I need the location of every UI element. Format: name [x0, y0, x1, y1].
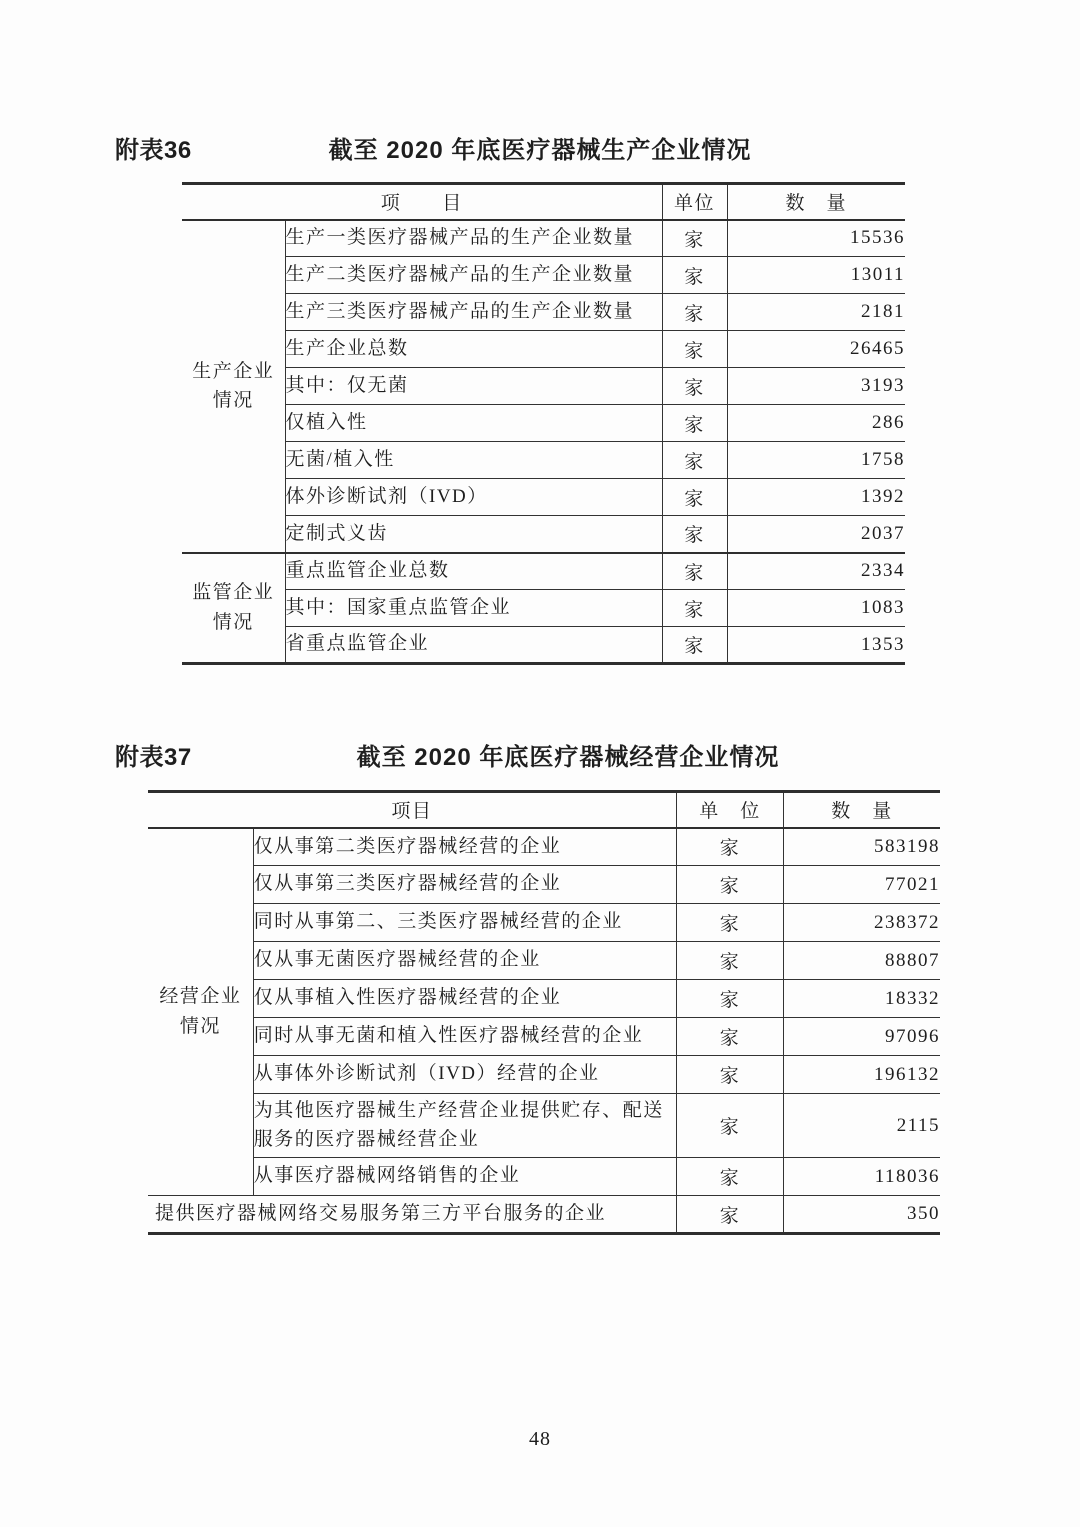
table-row: 其中：国家重点监管企业 家 1083 [182, 590, 905, 627]
table-36: 项 目 单位 数 量 生产企业 情况 生产一类医疗器械产品的生产企业数量 家 1… [182, 182, 905, 665]
qty-cell: 1392 [727, 479, 905, 516]
item-cell: 定制式义齿 [285, 516, 662, 553]
unit-cell: 家 [662, 553, 727, 590]
item-cell: 同时从事第二、三类医疗器械经营的企业 [253, 904, 676, 942]
qty-cell: 2181 [727, 294, 905, 331]
qty-cell: 97096 [784, 1018, 940, 1056]
item-cell: 生产二类医疗器械产品的生产企业数量 [285, 257, 662, 294]
qty-cell: 350 [784, 1196, 940, 1234]
unit-cell: 家 [676, 828, 783, 866]
unit-cell: 家 [662, 590, 727, 627]
column-header-item: 项 目 [182, 184, 662, 220]
table-row: 定制式义齿 家 2037 [182, 516, 905, 553]
unit-cell: 家 [676, 980, 783, 1018]
table37-title: 截至 2020 年底医疗器械经营企业情况 [28, 737, 1080, 772]
item-cell: 仅从事第三类医疗器械经营的企业 [253, 866, 676, 904]
table-row: 仅从事第三类医疗器械经营的企业 家 77021 [148, 866, 940, 904]
column-header-qty: 数 量 [727, 184, 905, 220]
unit-cell: 家 [676, 1018, 783, 1056]
unit-cell: 家 [662, 257, 727, 294]
table-row: 从事体外诊断试剂（IVD）经营的企业 家 196132 [148, 1056, 940, 1094]
item-cell: 生产三类医疗器械产品的生产企业数量 [285, 294, 662, 331]
qty-cell: 13011 [727, 257, 905, 294]
table-row: 生产企业总数 家 26465 [182, 331, 905, 368]
table-row: 仅从事植入性医疗器械经营的企业 家 18332 [148, 980, 940, 1018]
item-cell: 仅从事第二类医疗器械经营的企业 [253, 828, 676, 866]
table-row: 省重点监管企业 家 1353 [182, 627, 905, 664]
table-row: 生产三类医疗器械产品的生产企业数量 家 2181 [182, 294, 905, 331]
unit-cell: 家 [662, 516, 727, 553]
unit-cell: 家 [662, 331, 727, 368]
qty-cell: 2037 [727, 516, 905, 553]
table-37: 项目 单 位 数 量 经营企业 情况 仅从事第二类医疗器械经营的企业 家 583… [148, 790, 940, 1235]
item-cell: 生产企业总数 [285, 331, 662, 368]
qty-cell: 286 [727, 405, 905, 442]
unit-cell: 家 [662, 442, 727, 479]
table-row: 生产二类医疗器械产品的生产企业数量 家 13011 [182, 257, 905, 294]
unit-cell: 家 [662, 220, 727, 257]
unit-cell: 家 [662, 368, 727, 405]
unit-cell: 家 [676, 904, 783, 942]
table-row: 体外诊断试剂（IVD） 家 1392 [182, 479, 905, 516]
item-cell: 从事体外诊断试剂（IVD）经营的企业 [253, 1056, 676, 1094]
item-cell: 仅从事植入性医疗器械经营的企业 [253, 980, 676, 1018]
item-cell: 为其他医疗器械生产经营企业提供贮存、配送服务的医疗器械经营企业 [253, 1094, 676, 1158]
item-cell: 其中：国家重点监管企业 [285, 590, 662, 627]
table36-title-row: 附表36 截至 2020 年底医疗器械生产企业情况 [0, 130, 1080, 162]
item-cell: 仅从事无菌医疗器械经营的企业 [253, 942, 676, 980]
qty-cell: 88807 [784, 942, 940, 980]
table37-header-row: 项目 单 位 数 量 [148, 792, 940, 828]
unit-cell: 家 [676, 1196, 783, 1234]
table-row: 监管企业 情况 重点监管企业总数 家 2334 [182, 553, 905, 590]
unit-cell: 家 [676, 1158, 783, 1196]
table-row: 为其他医疗器械生产经营企业提供贮存、配送服务的医疗器械经营企业 家 2115 [148, 1094, 940, 1158]
unit-cell: 家 [662, 479, 727, 516]
unit-cell: 家 [662, 294, 727, 331]
qty-cell: 26465 [727, 331, 905, 368]
item-cell: 仅植入性 [285, 405, 662, 442]
unit-cell: 家 [676, 942, 783, 980]
qty-cell: 196132 [784, 1056, 940, 1094]
table-row: 其中：仅无菌 家 3193 [182, 368, 905, 405]
item-cell: 体外诊断试剂（IVD） [285, 479, 662, 516]
table-row: 从事医疗器械网络销售的企业 家 118036 [148, 1158, 940, 1196]
qty-cell: 1758 [727, 442, 905, 479]
table-row: 无菌/植入性 家 1758 [182, 442, 905, 479]
group-label-production: 生产企业 情况 [182, 220, 285, 553]
column-header-unit: 单 位 [676, 792, 783, 828]
table37-title-row: 附表37 截至 2020 年底医疗器械经营企业情况 [0, 737, 1080, 769]
qty-cell: 18332 [784, 980, 940, 1018]
qty-cell: 1083 [727, 590, 905, 627]
column-header-unit: 单位 [662, 184, 727, 220]
qty-cell: 15536 [727, 220, 905, 257]
table36-header-row: 项 目 单位 数 量 [182, 184, 905, 220]
qty-cell: 3193 [727, 368, 905, 405]
qty-cell: 2115 [784, 1094, 940, 1158]
group-label-operating: 经营企业 情况 [148, 828, 253, 1196]
qty-cell: 118036 [784, 1158, 940, 1196]
table36-title: 截至 2020 年底医疗器械生产企业情况 [0, 130, 1080, 165]
unit-cell: 家 [662, 405, 727, 442]
table-row: 同时从事无菌和植入性医疗器械经营的企业 家 97096 [148, 1018, 940, 1056]
group-label-supervision: 监管企业 情况 [182, 553, 285, 664]
table-row: 仅从事无菌医疗器械经营的企业 家 88807 [148, 942, 940, 980]
item-cell: 重点监管企业总数 [285, 553, 662, 590]
table-row: 生产企业 情况 生产一类医疗器械产品的生产企业数量 家 15536 [182, 220, 905, 257]
qty-cell: 1353 [727, 627, 905, 664]
table-row: 提供医疗器械网络交易服务第三方平台服务的企业 家 350 [148, 1196, 940, 1234]
table-row: 同时从事第二、三类医疗器械经营的企业 家 238372 [148, 904, 940, 942]
qty-cell: 238372 [784, 904, 940, 942]
document-page: 附表36 截至 2020 年底医疗器械生产企业情况 项 目 单位 数 量 生产企… [0, 0, 1080, 1527]
unit-cell: 家 [676, 1094, 783, 1158]
qty-cell: 2334 [727, 553, 905, 590]
qty-cell: 77021 [784, 866, 940, 904]
unit-cell: 家 [662, 627, 727, 664]
page-number: 48 [0, 1428, 1080, 1451]
item-cell: 从事医疗器械网络销售的企业 [253, 1158, 676, 1196]
table-row: 经营企业 情况 仅从事第二类医疗器械经营的企业 家 583198 [148, 828, 940, 866]
column-header-qty: 数 量 [784, 792, 940, 828]
unit-cell: 家 [676, 1056, 783, 1094]
table-row: 仅植入性 家 286 [182, 405, 905, 442]
unit-cell: 家 [676, 866, 783, 904]
item-cell: 提供医疗器械网络交易服务第三方平台服务的企业 [148, 1196, 676, 1234]
item-cell: 无菌/植入性 [285, 442, 662, 479]
item-cell: 省重点监管企业 [285, 627, 662, 664]
item-cell: 其中：仅无菌 [285, 368, 662, 405]
qty-cell: 583198 [784, 828, 940, 866]
column-header-item: 项目 [148, 792, 676, 828]
item-cell: 同时从事无菌和植入性医疗器械经营的企业 [253, 1018, 676, 1056]
item-cell: 生产一类医疗器械产品的生产企业数量 [285, 220, 662, 257]
